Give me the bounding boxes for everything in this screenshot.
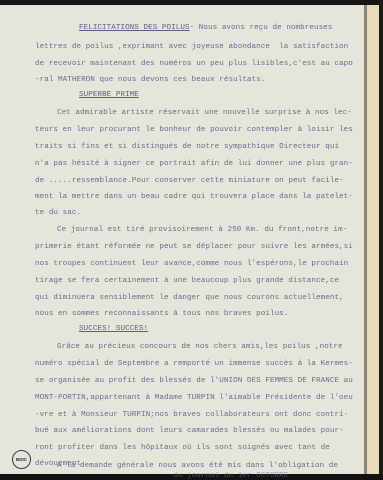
library-stamp-icon: BDIC <box>12 450 31 469</box>
text-line: lettres de poilus ,exprimant avec joyeus… <box>35 43 348 52</box>
text-line: traits si fins et si distingués de notre… <box>35 143 339 152</box>
text-line: -ral MATHERON que nous devons ces beaux … <box>35 76 265 85</box>
text-line: bué aux améliorations dont leurs camarad… <box>35 427 344 436</box>
text-line: Cet admirable artiste réservait une nouv… <box>57 109 352 118</box>
text-line: -vre et à Monsieur TURPIN;nos braves col… <box>35 411 348 420</box>
text-line: - Nous avons reçu de nombreuses <box>190 24 333 32</box>
text-line-cut: du journal du 1er OCTOBRE <box>35 472 288 480</box>
text-line: se organisée au profit des blessés de l'… <box>35 377 353 386</box>
text-line: Ce journal est tiré provisoirement à 250… <box>57 226 347 235</box>
text-line: de .....ressemblance.Pour conserver cett… <box>35 177 344 186</box>
text-line: primerie étant réformée ne peut se dépla… <box>35 243 353 252</box>
text-line: qui diminuera sensiblement le danger que… <box>35 294 344 303</box>
document-page: FELICITATIONS DES POILUS- Nous avons reç… <box>0 5 364 474</box>
text-line: n'a pas hésité à signer ce portrait afin… <box>35 160 353 169</box>
text-line: ront profiter dans les hôpitaux où ils s… <box>35 444 330 453</box>
section-heading-superbe-prime: SUPERBE PRIME <box>79 91 139 100</box>
text-line: nos troupes continuent leur avance,comme… <box>35 260 348 269</box>
text-line: te du sac. <box>35 209 81 218</box>
backing-sheet <box>367 5 379 474</box>
text-line: tirage se fera certainement à une beauco… <box>35 277 339 286</box>
section-heading-felicitations: FELICITATIONS DES POILUS- Nous avons reç… <box>79 24 332 33</box>
text-line: teurs en leur procurant le bonheur de po… <box>35 126 353 135</box>
text-line: Grâce au précieux concours de nos chers … <box>57 343 343 352</box>
section-heading-succes: SUCCES! SUCCES! <box>79 325 148 334</box>
text-line: de recevoir maintenant des numéros un pe… <box>35 60 353 69</box>
scan-border-right <box>379 0 383 480</box>
text-line: ment la mettre dans un beau cadre qui tr… <box>35 193 353 202</box>
text-line: nous en sommes reconnaissants à tous nos… <box>35 310 288 319</box>
text-line: MONT-PORTIN,appartenant à Madame TURPIN … <box>35 394 353 403</box>
text-line: numéro spécial de Septembre a remporté u… <box>35 360 353 369</box>
heading-text: FELICITATIONS DES POILUS <box>79 24 190 32</box>
text-line: A la demande générale nous avons été mis… <box>57 462 338 471</box>
